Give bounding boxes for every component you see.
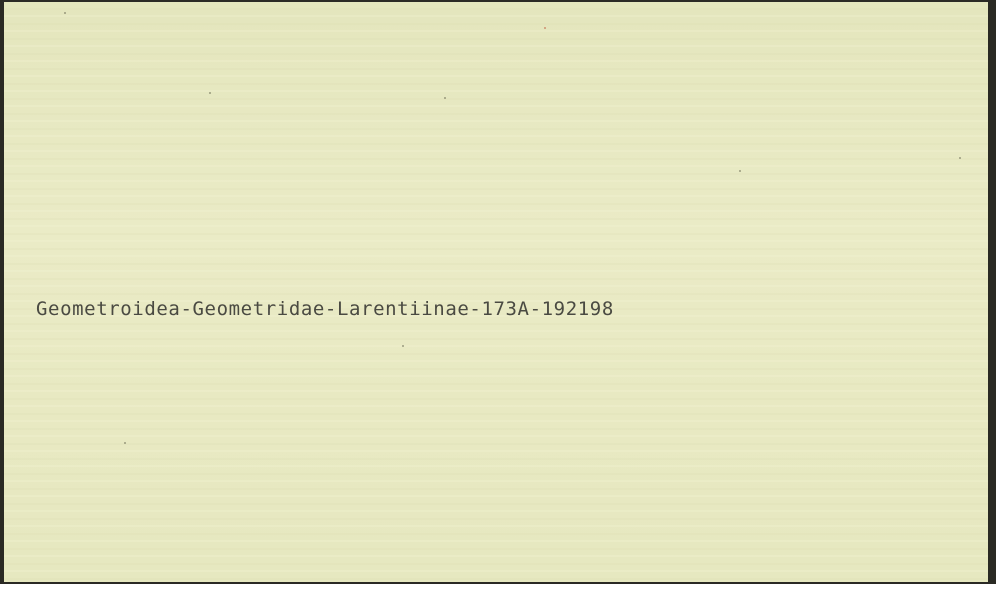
speck [959, 157, 961, 159]
speck [444, 97, 446, 99]
index-card: Geometroidea-Geometridae-Larentiinae-173… [4, 2, 988, 582]
speck [402, 345, 404, 347]
speck [64, 12, 66, 14]
scan-bottom-margin [0, 584, 996, 589]
speck [124, 442, 126, 444]
scanned-card-frame: Geometroidea-Geometridae-Larentiinae-173… [0, 0, 996, 584]
specimen-label: Geometroidea-Geometridae-Larentiinae-173… [36, 298, 614, 320]
speck [739, 170, 741, 172]
speck [544, 27, 546, 29]
speck [209, 92, 211, 94]
